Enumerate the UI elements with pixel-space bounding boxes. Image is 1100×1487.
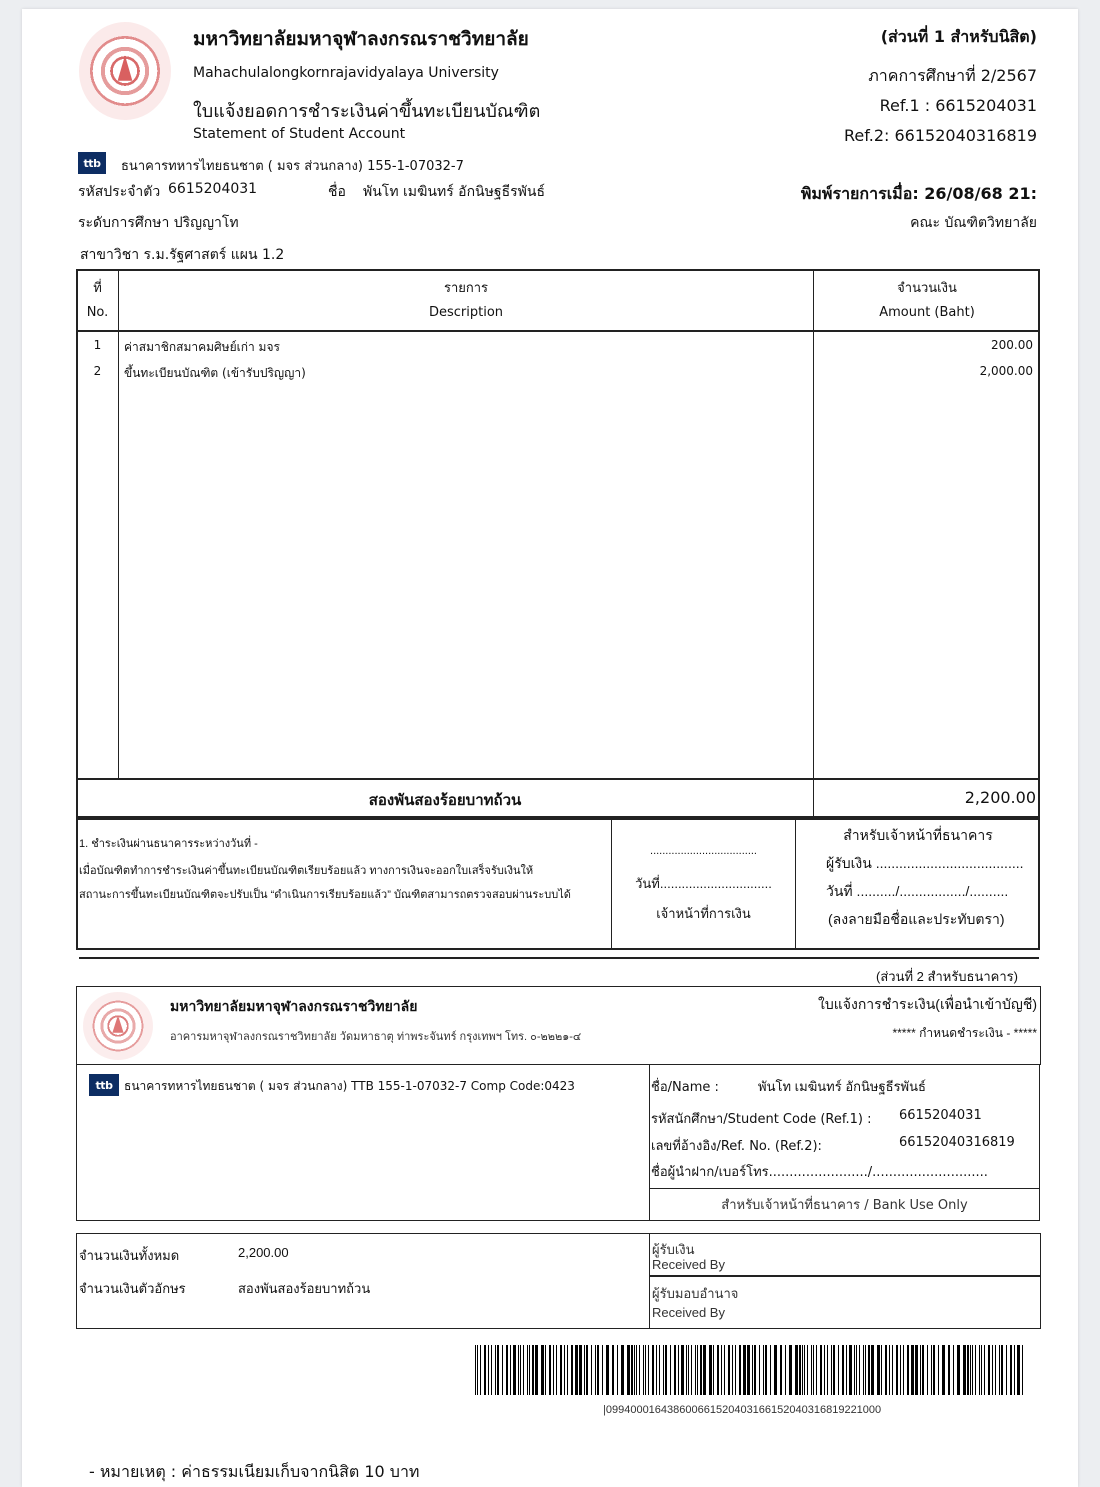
education-level: ระดับการศึกษา ปริญญาโท: [78, 212, 239, 234]
ttb-bank-logo-icon: ttb: [78, 152, 106, 174]
bank-officer-title: สำหรับเจ้าหน้าที่ธนาคาร: [796, 825, 1040, 847]
ref1: Ref.1 : 6615204031: [880, 96, 1037, 115]
bank-account-line: ธนาคารทหารไทยธนชาต ( มจร ส่วนกลาง) 155-1…: [121, 155, 464, 176]
total-amount-label: จำนวนเงินทั้งหมด: [79, 1245, 179, 1266]
semester: ภาคการศึกษาที่ 2/2567: [868, 64, 1037, 89]
student-id-value: 6615204031: [168, 181, 257, 197]
col-no-header-th: ที่: [77, 277, 118, 298]
student-name-value: พันโท เมฆินทร์ อักนิษฐธีรพันธ์: [363, 181, 545, 203]
row-no: 2: [77, 364, 118, 378]
amount-in-words-value: สองพันสองร้อยบาทถ้วน: [238, 1278, 370, 1299]
totals-box: [76, 1233, 1041, 1329]
col-amount-header-th: จำนวนเงิน: [814, 277, 1040, 298]
status-note: สถานะการขึ้นทะเบียนบัณฑิตจะปรับเป็น “ดำเ…: [79, 885, 571, 903]
ref-no-value: 66152040316819: [899, 1135, 1015, 1150]
col-amount-header-en: Amount (Baht): [814, 305, 1040, 320]
table-divider: [813, 270, 814, 818]
col-desc-header-en: Description: [119, 305, 813, 320]
document-title-th: ใบแจ้งยอดการชำระเงินค่าขึ้นทะเบียนบัณฑิต: [193, 96, 540, 125]
payer-divider: [650, 1188, 1039, 1189]
total-in-words: สองพันสองร้อยบาทถ้วน: [77, 788, 813, 812]
part2-label: (ส่วนที่ 2 สำหรับธนาคาร): [876, 966, 1018, 987]
payer-name-value: พันโท เมฆินทร์ อักนิษฐธีรพันธ์: [758, 1076, 926, 1097]
faculty: คณะ บัณฑิตวิทยาลัย: [910, 212, 1037, 234]
table-divider: [77, 778, 1039, 780]
amount-in-words-label: จำนวนเงินตัวอักษร: [79, 1278, 186, 1299]
university-name-en: Mahachulalongkornrajavidyalaya Universit…: [193, 65, 499, 81]
table-divider: [118, 270, 119, 779]
barcode-text: |099400016438600661520403166152040316819…: [603, 1404, 881, 1416]
total-amount: 2,200.00: [965, 788, 1036, 807]
row-description: ค่าสมาชิกสมาคมศิษย์เก่า มจร: [124, 338, 280, 357]
total-amount-value: 2,200.00: [238, 1245, 289, 1260]
university-address: อาคารมหาจุฬาลงกรณราชวิทยาลัย วัดมหาธาตุ …: [170, 1027, 581, 1045]
program: สาขาวิชา ร.ม.รัฐศาสตร์ แผน 1.2: [80, 244, 284, 266]
ttb-bank-logo-icon: ttb: [89, 1074, 119, 1096]
student-id-label: รหัสประจำตัว: [78, 181, 160, 203]
payment-period-note: 1. ชำระเงินผ่านธนาคารระหว่างวันที่ -: [79, 834, 258, 852]
bank-signature-note: (ลงลายมือชื่อและประทับตรา): [828, 909, 1005, 931]
bank-date-line: วันที่ ........../................./....…: [826, 881, 1008, 903]
document-title-en: Statement of Student Account: [193, 126, 405, 142]
finance-signature-line: ...................................: [612, 845, 795, 857]
col-no-header-en: No.: [77, 305, 118, 320]
tear-line: [79, 957, 1039, 959]
row-amount: 2,000.00: [980, 364, 1033, 378]
payment-due: ***** กำหนดชำระเงิน - *****: [892, 1024, 1037, 1043]
authorized-en: Received By: [652, 1305, 725, 1320]
bank-comp-code-line: ธนาคารทหารไทยธนชาต ( มจร ส่วนกลาง) TTB 1…: [124, 1077, 575, 1096]
totals-divider: [649, 1233, 650, 1329]
col-desc-header-th: รายการ: [119, 277, 813, 298]
bank-use-only: สำหรับเจ้าหน้าที่ธนาคาร / Bank Use Only: [650, 1194, 1039, 1215]
finance-date: วันที่...............................: [612, 873, 795, 894]
finance-officer: เจ้าหน้าที่การเงิน: [612, 903, 795, 924]
receipt-note: เมื่อบัณฑิตทำการชำระเงินค่าขึ้นทะเบียนบั…: [79, 861, 533, 879]
student-name-label: ชื่อ: [328, 181, 346, 203]
student-code-value: 6615204031: [899, 1108, 982, 1123]
received-by-en: Received By: [652, 1257, 725, 1272]
part2-university-name: มหาวิทยาลัยมหาจุฬาลงกรณราชวิทยาลัย: [170, 996, 417, 1018]
printed-at: พิมพ์รายการเมื่อ: 26/08/68 21:: [801, 182, 1037, 207]
student-code-label: รหัสนักศึกษา/Student Code (Ref.1) :: [651, 1108, 871, 1129]
depositor-line: ชื่อผู้นำฝาก/เบอร์โทร...................…: [651, 1161, 988, 1182]
part-label: (ส่วนที่ 1 สำหรับนิสิต): [881, 25, 1037, 50]
ref2: Ref.2: 66152040316819: [844, 126, 1037, 145]
bank-receiver-line: ผู้รับเงิน .............................…: [826, 853, 1024, 875]
payer-name-label: ชื่อ/Name :: [651, 1076, 719, 1097]
university-seal-icon: [83, 992, 153, 1060]
table-divider: [77, 330, 1039, 332]
row-description: ขึ้นทะเบียนบัณฑิต (เข้ารับปริญญา): [124, 364, 306, 383]
payment-slip-title: ใบแจ้งการชำระเงิน(เพื่อนำเข้าบัญชี): [818, 994, 1037, 1016]
row-amount: 200.00: [991, 338, 1033, 352]
totals-divider: [650, 1275, 1040, 1277]
row-no: 1: [77, 338, 118, 352]
ref-no-label: เลขที่อ้างอิง/Ref. No. (Ref.2):: [651, 1135, 822, 1156]
university-seal-icon: [79, 22, 171, 120]
fee-remark: - หมายเหตุ : ค่าธรรมเนียมเก็บจากนิสิต 10…: [89, 1460, 419, 1485]
authorized-th: ผู้รับมอบอำนาจ: [652, 1283, 738, 1304]
payment-barcode: [475, 1345, 1028, 1395]
university-name-th: มหาวิทยาลัยมหาจุฬาลงกรณราชวิทยาลัย: [193, 24, 529, 54]
